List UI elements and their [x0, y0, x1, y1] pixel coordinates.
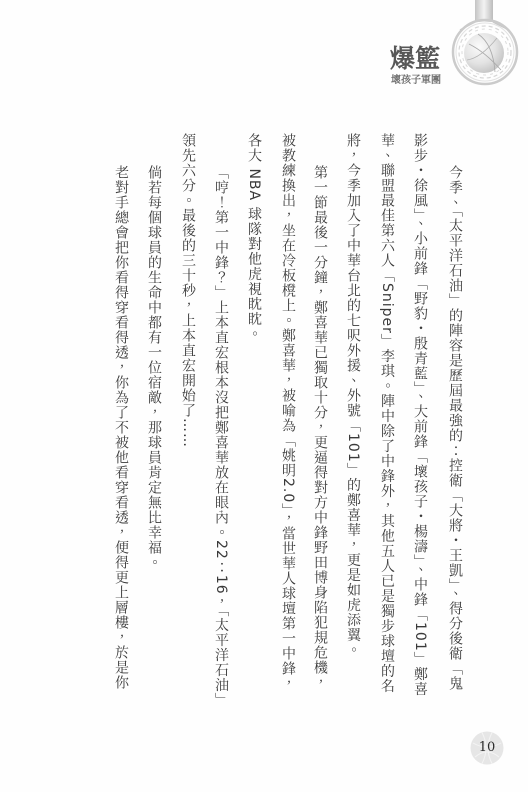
- text-column: 第一節最後一分鐘，鄭喜華已獨取十分，更逼得對方中鋒野田博身陷犯規危機，: [312, 133, 328, 713]
- text-column: 老對手總會把你看得穿看得透，你為了不被他看穿看透，便得更上層樓，於是你: [113, 133, 129, 713]
- book-page: 爆籃 壞孩子軍團: [0, 0, 528, 792]
- text-column: 影步・徐風」、小前鋒「野豹・殷青藍」、大前鋒「壞孩子・楊濤」、中鋒「101」鄭喜: [412, 133, 428, 713]
- text-column: 「哼！第一中鋒？」上本直宏根本沒把鄭喜華放在眼內。22：16，「太平洋石油」: [213, 133, 229, 713]
- text-column: 被教練換出，坐在冷板櫈上。鄭喜華，被喻為「姚明2.0」，當世華人球壇第一中鋒，: [280, 133, 296, 713]
- book-subtitle: 壞孩子軍團: [391, 75, 447, 87]
- text-column: 領先六分。最後的三十秒，上本直宏開始了……: [180, 133, 196, 713]
- page-number-badge: 10: [470, 731, 504, 765]
- basketball-hoop-icon: [445, 0, 528, 100]
- text-column: 華、聯盟最佳第六人「Sniper」李琪。陣中除了中鋒外，其他五人已是獨步球壇的名: [379, 133, 395, 713]
- text-column: 今季、「太平洋石油」的陣容是歷屆最強的：控衛「大將・王凱」、得分後衛「鬼: [447, 133, 463, 713]
- page-number: 10: [470, 731, 504, 765]
- book-title: 爆籃: [390, 44, 446, 74]
- text-column: 各大 NBA 球隊對他虎視眈眈。: [246, 133, 262, 713]
- text-column: 倘若每個球員的生命中都有一位宿敵，那球員肯定無比幸福。: [146, 133, 162, 713]
- text-column: 將，今季加入了中華台北的七呎外援、外號「101」的鄭喜華，更是如虎添翼。: [345, 133, 361, 713]
